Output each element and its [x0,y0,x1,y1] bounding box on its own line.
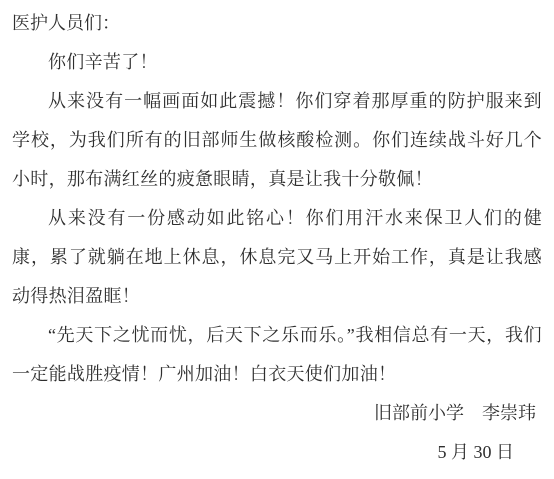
letter-paragraph-moved: 从来没有一份感动如此铭心！你们用汗水来保卫人们的健康，累了就躺在地上休息，休息完… [12,199,542,316]
letter-date: 5 月 30 日 [12,433,542,472]
letter-paragraph-quote: “先天下之忧而忧，后天下之乐而乐。”我相信总有一天，我们一定能战胜疫情！广州加油… [12,316,542,394]
letter-paragraph-greeting: 你们辛苦了！ [12,43,542,82]
letter-page: 医护人员们： 你们辛苦了！ 从来没有一幅画面如此震撼！你们穿着那厚重的防护服来到… [0,0,554,479]
letter-signature: 旧部前小学 李崇玮 [12,394,542,433]
letter-salutation: 医护人员们： [12,4,542,43]
letter-paragraph-scene: 从来没有一幅画面如此震撼！你们穿着那厚重的防护服来到学校，为我们所有的旧部师生做… [12,82,542,199]
